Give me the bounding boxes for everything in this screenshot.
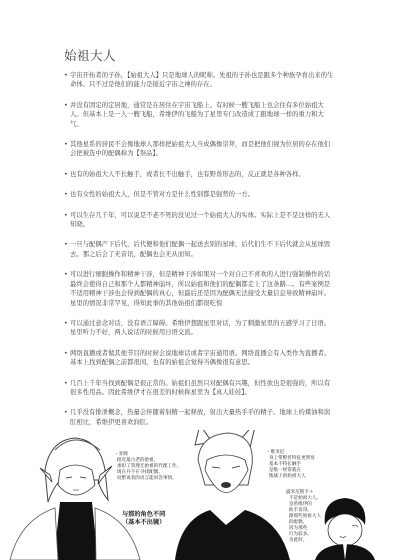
bullet-dot-icon: • xyxy=(64,211,68,220)
bullet-item: •可以生存几千年，可以说是不老不死的没见过一个始祖大人的实体。实际上是不是这样的… xyxy=(64,211,336,230)
bullet-text: 可以通过意念对话，没有语言障碍。希维伊想跟星里对话，为了刺激星里的五感学习了日语… xyxy=(70,320,330,336)
manga-characters-image xyxy=(0,430,400,560)
bullet-dot-icon: • xyxy=(64,71,68,80)
bullet-text: 也有女性的始祖大人，但是不管对方是什么性别都是强势的一方。 xyxy=(70,191,254,198)
boy-character-note: 露米尼斯卡＋ 不是始祖大人。 是希维伊的 助手哥哥。 跟那些始祖大人 的配偶， … xyxy=(286,490,321,544)
bullet-item: •几百上千年当找到配偶是很正常的。始祖们虽然只对配偶有兴趣，但性欲也是很强的，所… xyxy=(64,379,336,398)
character-caption: 与那的角色不同 （基本不出镜） xyxy=(122,511,165,527)
bullet-text: 宇宙开拓者的子孙，【始祖大人】只是地球人的昵称。先祖的子孙也是跟多个种族孕育出来… xyxy=(70,72,333,88)
bullet-text: 几乎没有排泄概念，热量会伴随着射精一起释放，射出大量热乎乎的精子。地球上的煤油和… xyxy=(70,409,330,425)
bullet-item: •一旦与配偶产下后代，后代便和他们配偶一起送去别的星球，后代们生不下后代就会从星… xyxy=(64,240,336,259)
elf-character-note: ・亚姆 接近最古老的始祖。 承担了管理无始祖的代理工作。 现在并不在寻找配偶。 … xyxy=(114,452,181,482)
bullet-dot-icon: • xyxy=(64,140,68,149)
bullet-item: •可以通过意念对话，没有语言障碍。希维伊想跟星里对话，为了刺激星里的五感学习了日… xyxy=(64,319,336,338)
bullet-text: 几百上千年当找到配偶是很正常的。始祖们虽然只对配偶有兴趣，但性欲也是很强的，所以… xyxy=(70,380,330,396)
bullet-dot-icon: • xyxy=(64,379,68,388)
page-title: 始祖大人 xyxy=(64,46,116,64)
bullet-item: •几乎没有排泄概念，热量会伴随着射精一起释放，射出大量热乎乎的精子。地球上的煤油… xyxy=(64,408,336,427)
bullet-item: •网络直播或者做其他节目的时候会说地球话或者宇宙通用语。网络直播会有入类作为直播… xyxy=(64,349,336,368)
character-illustration: ・亚姆 接近最古老的始祖。 承担了管理无始祖的代理工作。 现在并不在寻找配偶。 … xyxy=(0,430,400,560)
bullet-item: •也有女性的始祖大人，但是不管对方是什么性别都是强势的一方。 xyxy=(64,190,336,199)
bullet-dot-icon: • xyxy=(64,270,68,279)
bullet-dot-icon: • xyxy=(64,349,68,358)
bullet-list: •宇宙开拓者的子孙，【始祖大人】只是地球人的昵称。先祖的子孙也是跟多个种族孕育出… xyxy=(64,71,336,438)
bullet-dot-icon: • xyxy=(64,319,68,328)
bullet-item: •并没有固定的定居地，通常是在居住在宇宙飞船上。有时候一艘飞船上也会住有多位始祖… xyxy=(64,101,336,129)
bullet-text: 并没有固定的定居地，通常是在居住在宇宙飞船上。有时候一艘飞船上也会住有多位始祖大… xyxy=(70,102,324,128)
bullet-text: 一旦与配偶产下后代，后代便和他们配偶一起送去别的星球，后代们生不下后代就会从星球… xyxy=(70,241,330,257)
bullet-text: 网络直播或者做其他节目的时候会说地球话或者宇宙通用语。网络直播会有入类作为直播者… xyxy=(70,350,330,366)
bullet-text: 其他星系的居民不会像地球人那样把始祖大人当成偶像崇拜，而是把他们视为位居的存在他… xyxy=(70,141,330,157)
bullet-text: 也有的始祖大人不长触手，或者长不出触手，也有野兽形态的，反正就是各种各样。 xyxy=(70,171,305,178)
bullet-dot-icon: • xyxy=(64,408,68,417)
bullet-dot-icon: • xyxy=(64,240,68,249)
bullet-dot-icon: • xyxy=(64,190,68,199)
bullet-dot-icon: • xyxy=(64,170,68,179)
cat-character-note: ・维米尼 身上带野兽特征更明显 基本不特长触手 是唯一经常就在 地球上的始祖大人 xyxy=(266,450,315,480)
bullet-text: 可以生存几千年，可以说是不老不死的没见过一个始祖大人的实体。实际上是不是这样的无… xyxy=(70,212,330,228)
boy-character-drawing xyxy=(315,498,375,560)
bullet-item: •其他星系的居民不会像地球人那样把始祖大人当成偶像崇拜，而是把他们视为位居的存在… xyxy=(64,140,336,159)
bullet-item: •可以进行细胞操作和精神干涉，但是精神干涉如果对一个对自己不喜欢的人进行强制操作… xyxy=(64,270,336,308)
bullet-text: 可以进行细胞操作和精神干涉，但是精神干涉如果对一个对自己不喜欢的人进行强制操作的… xyxy=(70,271,330,306)
bullet-item: •也有的始祖大人不长触手，或者长不出触手，也有野兽形态的，反正就是各种各样。 xyxy=(64,170,336,179)
bullet-item: •宇宙开拓者的子孙，【始祖大人】只是地球人的昵称。先祖的子孙也是跟多个种族孕育出… xyxy=(64,71,336,90)
bullet-dot-icon: • xyxy=(64,101,68,110)
